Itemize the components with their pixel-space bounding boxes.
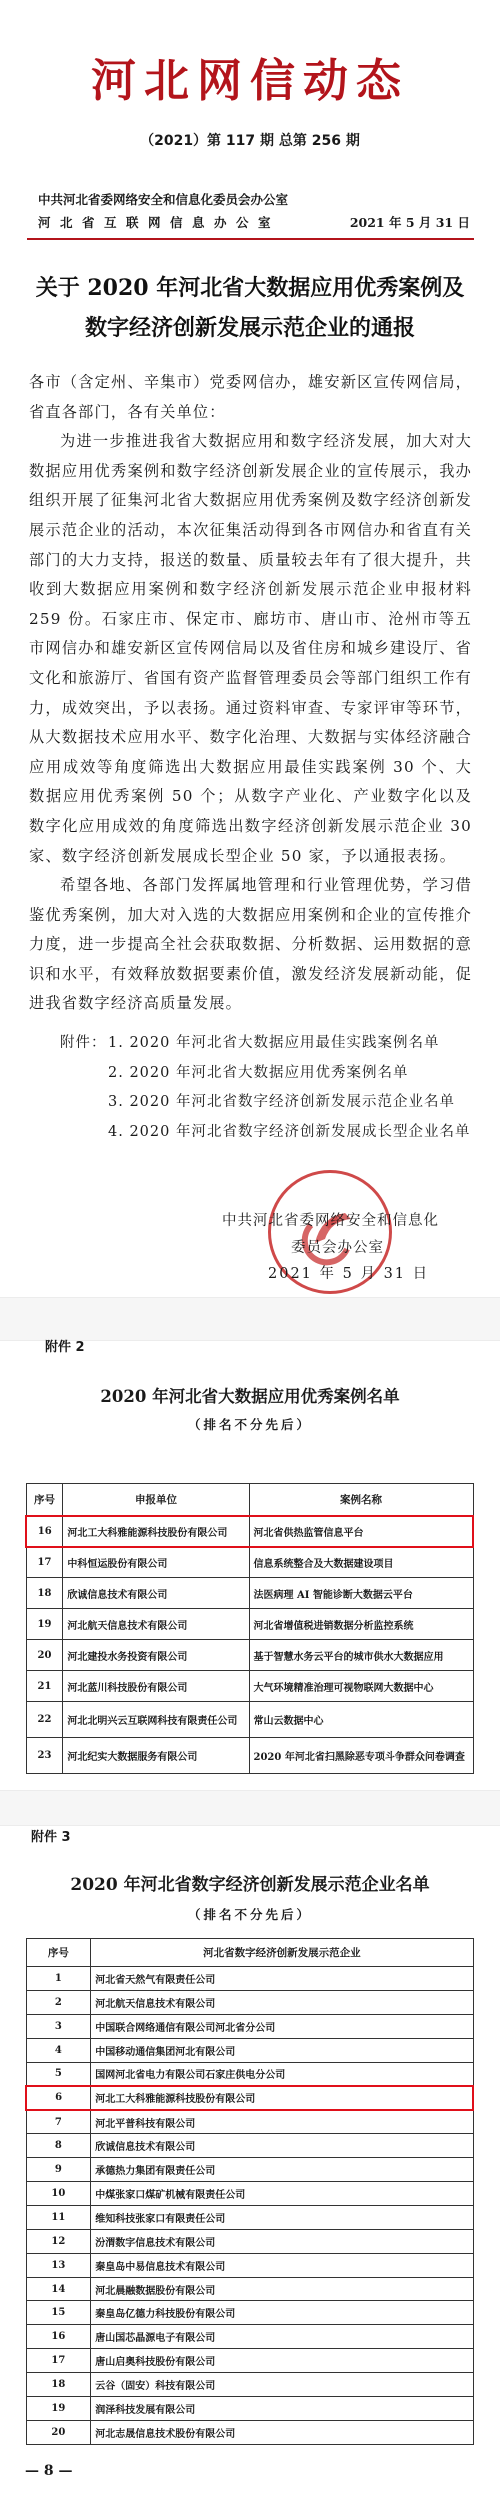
row-no: 17 (26, 1547, 63, 1578)
page-separator (0, 1297, 500, 1341)
row-no: 12 (26, 2229, 91, 2253)
row-enterprise-name: 河北志晟信息技术股份有限公司 (91, 2420, 473, 2444)
column-header-case: 案例名称 (249, 1484, 473, 1516)
row-no: 16 (26, 2325, 91, 2349)
annex-3-title: 2020 年河北省数字经济创新发展示范企业名单 (0, 1870, 500, 1895)
row-no: 13 (26, 2253, 91, 2277)
row-enterprise-name: 秦皇岛亿德力科技股份有限公司 (91, 2301, 473, 2325)
table-row: 21 河北蓝川科技股份有限公司 大气环境精准治理可视物联网大数据中心 (26, 1671, 473, 1702)
table-row: 9承德热力集团有限责任公司 (26, 2158, 473, 2182)
table-row-highlighted: 6河北工大科雅能源科技股份有限公司 (26, 2086, 473, 2110)
row-enterprise-name: 唐山国芯晶源电子有限公司 (91, 2325, 473, 2349)
table-row-highlighted: 16 河北工大科雅能源科技股份有限公司 河北省供热监管信息平台 (26, 1516, 473, 1547)
table-row: 16唐山国芯晶源电子有限公司 (26, 2325, 473, 2349)
row-no: 17 (26, 2349, 91, 2373)
row-no: 1 (26, 1967, 91, 1991)
table-row: 3中国联合网络通信有限公司河北省分公司 (26, 2014, 473, 2038)
table-header-row: 序号 申报单位 案例名称 (26, 1484, 473, 1516)
table-row: 18云谷（固安）科技有限公司 (26, 2373, 473, 2397)
signature-org-line-1: 中共河北省委网络安全和信息化 (222, 1209, 439, 1230)
row-case: 信息系统整合及大数据建设项目 (249, 1547, 473, 1578)
row-no: 4 (26, 2038, 91, 2062)
row-enterprise-name: 河北晨融数据股份有限公司 (91, 2277, 473, 2301)
column-header-unit: 申报单位 (63, 1484, 249, 1516)
salutation: 各市（含定州、辛集市）党委网信办，雄安新区宣传网信局，省直各部门，各有关单位： (29, 368, 472, 427)
attachment-item: 1. 2020 年河北省大数据应用最佳实践案例名单 (108, 1029, 439, 1059)
row-unit: 河北蓝川科技股份有限公司 (63, 1671, 249, 1702)
row-enterprise-name: 中国移动通信集团河北有限公司 (91, 2038, 473, 2062)
column-header-no: 序号 (26, 1484, 63, 1516)
row-no: 11 (26, 2205, 91, 2229)
row-no: 3 (26, 2014, 91, 2038)
row-no: 5 (26, 2062, 91, 2086)
row-no: 14 (26, 2277, 91, 2301)
row-no: 22 (26, 1702, 63, 1738)
row-no: 20 (26, 2420, 91, 2444)
red-divider (27, 238, 474, 240)
table-row: 18 欣诚信息技术有限公司 法医病理 AI 智能诊断大数据云平台 (26, 1578, 473, 1609)
table-row: 22 河北北明兴云互联网科技有限责任公司 常山云数据中心 (26, 1702, 473, 1738)
notice-title-line-1: 关于 2020 年河北省大数据应用优秀案例及 (0, 268, 500, 308)
row-no: 23 (26, 1738, 63, 1774)
row-no: 8 (26, 2134, 91, 2158)
attachment-item: 3. 2020 年河北省数字经济创新发展示范企业名单 (108, 1088, 455, 1118)
row-enterprise-name: 唐山启奥科技股份有限公司 (91, 2349, 473, 2373)
row-enterprise-name: 国网河北省电力有限公司石家庄供电分公司 (91, 2062, 473, 2086)
row-no: 7 (26, 2110, 91, 2134)
table-row: 19 河北航天信息技术有限公司 河北省增值税进销数据分析监控系统 (26, 1609, 473, 1640)
notice-title: 关于 2020 年河北省大数据应用优秀案例及 数字经济创新发展示范企业的通报 (0, 268, 500, 348)
row-enterprise-name: 欣诚信息技术有限公司 (91, 2134, 473, 2158)
row-enterprise-name: 维知科技张家口有限责任公司 (91, 2205, 473, 2229)
column-header-enterprise: 河北省数字经济创新发展示范企业 (91, 1939, 473, 1967)
row-enterprise-name: 承德热力集团有限责任公司 (91, 2158, 473, 2182)
signature-date: 2021 年 5 月 31 日 (268, 1262, 429, 1283)
table-row: 19润泽科技发展有限公司 (26, 2397, 473, 2421)
table-row: 20河北志晟信息技术股份有限公司 (26, 2420, 473, 2444)
table-row: 12汾渭数字信息技术有限公司 (26, 2229, 473, 2253)
annex-3-subtitle: （排名不分先后） (0, 1905, 500, 1923)
row-no: 16 (26, 1516, 63, 1547)
row-no: 19 (26, 1609, 63, 1640)
column-header-no: 序号 (26, 1939, 91, 1967)
table-row: 1河北省天然气有限责任公司 (26, 1967, 473, 1991)
table-row: 5国网河北省电力有限公司石家庄供电分公司 (26, 2062, 473, 2086)
notice-page: 河北网信动态 （2021）第 117 期 总第 256 期 中共河北省委网络安全… (0, 0, 500, 1290)
row-case: 常山云数据中心 (249, 1702, 473, 1738)
row-unit: 河北北明兴云互联网科技有限责任公司 (63, 1702, 249, 1738)
row-enterprise-name: 云谷（固安）科技有限公司 (91, 2373, 473, 2397)
row-case: 2020 年河北省扫黑除恶专项斗争群众问卷调查 (249, 1738, 473, 1774)
table-row: 14河北晨融数据股份有限公司 (26, 2277, 473, 2301)
table-row: 15秦皇岛亿德力科技股份有限公司 (26, 2301, 473, 2325)
table-row: 2河北航天信息技术有限公司 (26, 1990, 473, 2014)
page-number: — 8 — (25, 2463, 73, 2479)
row-enterprise-name: 中国联合网络通信有限公司河北省分公司 (91, 2014, 473, 2038)
row-unit: 河北工大科雅能源科技股份有限公司 (63, 1516, 249, 1547)
row-enterprise-name: 河北航天信息技术有限公司 (91, 1990, 473, 2014)
table-row: 17 中科恒运股份有限公司 信息系统整合及大数据建设项目 (26, 1547, 473, 1578)
row-unit: 中科恒运股份有限公司 (63, 1547, 249, 1578)
row-unit: 河北建投水务投资有限公司 (63, 1640, 249, 1671)
attachments-label: 附件： (60, 1029, 108, 1059)
annex-3-table: 序号 河北省数字经济创新发展示范企业 1河北省天然气有限责任公司2河北航天信息技… (25, 1938, 474, 2445)
row-unit: 河北航天信息技术有限公司 (63, 1609, 249, 1640)
annex-2-label: 附件 2 (45, 1336, 85, 1355)
row-no: 19 (26, 2397, 91, 2421)
issuer-line-1: 中共河北省委网络安全和信息化委员会办公室 (38, 190, 288, 208)
row-case: 河北省供热监管信息平台 (249, 1516, 473, 1547)
notice-body: 各市（含定州、辛集市）党委网信办，雄安新区宣传网信局，省直各部门，各有关单位： … (29, 368, 472, 1019)
row-enterprise-name: 润泽科技发展有限公司 (91, 2397, 473, 2421)
row-no: 18 (26, 1578, 63, 1609)
row-case: 法医病理 AI 智能诊断大数据云平台 (249, 1578, 473, 1609)
row-no: 10 (26, 2182, 91, 2206)
row-no: 18 (26, 2373, 91, 2397)
annex-3-label: 附件 3 (31, 1826, 71, 1845)
masthead-title: 河北网信动态 (0, 44, 500, 109)
table-row: 20 河北建投水务投资有限公司 基于智慧水务云平台的城市供水大数据应用 (26, 1640, 473, 1671)
annex-2-title: 2020 年河北省大数据应用优秀案例名单 (0, 1383, 500, 1407)
attachment-item: 2. 2020 年河北省大数据应用优秀案例名单 (108, 1059, 408, 1089)
attachments-list: 附件：1. 2020 年河北省大数据应用最佳实践案例名单 2. 2020 年河北… (60, 1029, 470, 1147)
row-enterprise-name: 秦皇岛中易信息技术有限公司 (91, 2253, 473, 2277)
row-unit: 欣诚信息技术有限公司 (63, 1578, 249, 1609)
row-enterprise-name: 中煤张家口煤矿机械有限责任公司 (91, 2182, 473, 2206)
table-row: 23 河北纪实大数据服务有限公司 2020 年河北省扫黑除恶专项斗争群众问卷调查 (26, 1738, 473, 1774)
annex-2-table: 序号 申报单位 案例名称 16 河北工大科雅能源科技股份有限公司 河北省供热监管… (25, 1483, 474, 1774)
signature-org-line-2: 委员会办公室 (291, 1236, 384, 1257)
row-case: 大气环境精准治理可视物联网大数据中心 (249, 1671, 473, 1702)
row-case: 基于智慧水务云平台的城市供水大数据应用 (249, 1640, 473, 1671)
row-no: 21 (26, 1671, 63, 1702)
paragraph-1: 为进一步推进我省大数据应用和数字经济发展，加大对大数据应用优秀案例和数字经济创新… (29, 427, 472, 871)
row-no: 6 (26, 2086, 91, 2110)
table-row: 7河北平普科技有限公司 (26, 2110, 473, 2134)
table-row: 13秦皇岛中易信息技术有限公司 (26, 2253, 473, 2277)
table-row: 11维知科技张家口有限责任公司 (26, 2205, 473, 2229)
paragraph-2: 希望各地、各部门发挥属地管理和行业管理优势，学习借鉴优秀案例，加大对入选的大数据… (29, 871, 472, 1019)
table-header-row: 序号 河北省数字经济创新发展示范企业 (26, 1939, 473, 1967)
row-unit: 河北纪实大数据服务有限公司 (63, 1738, 249, 1774)
notice-title-line-2: 数字经济创新发展示范企业的通报 (0, 308, 500, 348)
row-no: 2 (26, 1990, 91, 2014)
row-enterprise-name: 汾渭数字信息技术有限公司 (91, 2229, 473, 2253)
row-enterprise-name: 河北工大科雅能源科技股份有限公司 (91, 2086, 473, 2110)
issuer-line-2: 河北省互联网信息办公室 (38, 213, 280, 231)
row-no: 20 (26, 1640, 63, 1671)
row-no: 15 (26, 2301, 91, 2325)
table-row: 10中煤张家口煤矿机械有限责任公司 (26, 2182, 473, 2206)
page-separator (0, 1790, 500, 1826)
issue-number: （2021）第 117 期 总第 256 期 (0, 130, 500, 150)
table-row: 4中国移动通信集团河北有限公司 (26, 2038, 473, 2062)
row-no: 9 (26, 2158, 91, 2182)
annex-2-subtitle: （排名不分先后） (0, 1415, 500, 1433)
table-row: 17唐山启奥科技股份有限公司 (26, 2349, 473, 2373)
row-enterprise-name: 河北省天然气有限责任公司 (91, 1967, 473, 1991)
row-case: 河北省增值税进销数据分析监控系统 (249, 1609, 473, 1640)
attachment-item: 4. 2020 年河北省数字经济创新发展成长型企业名单 (108, 1118, 470, 1148)
table-row: 8欣诚信息技术有限公司 (26, 2134, 473, 2158)
row-enterprise-name: 河北平普科技有限公司 (91, 2110, 473, 2134)
issue-date: 2021 年 5 月 31 日 (350, 213, 470, 231)
